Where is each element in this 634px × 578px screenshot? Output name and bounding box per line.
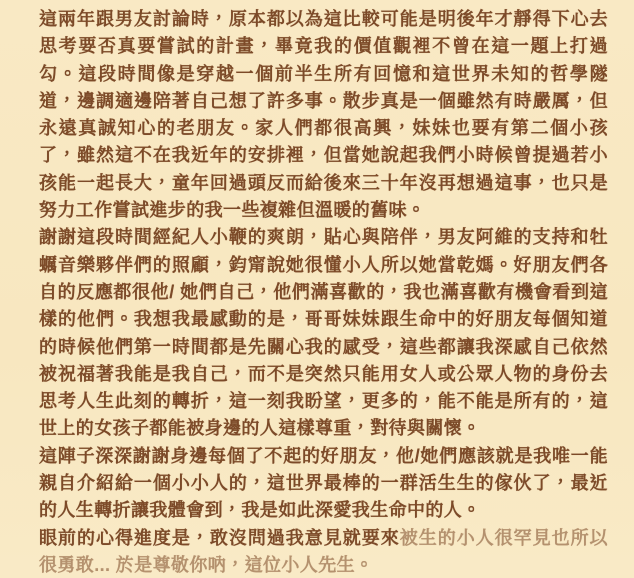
paragraph-4-text: 眼前的心得進度是，敢沒問過我意見就要來 — [39, 528, 400, 548]
paragraph-3-text: 這陣子深深謝謝身邊每個了不起的好朋友，他/她們應該就是我唯一能親自介紹給一個小小… — [39, 446, 608, 521]
paragraph-2: 謝謝這段時間經紀人小鞭的爽朗，貼心與陪伴，男友阿維的支持和牡蠣音樂夥伴們的照顧，… — [39, 224, 608, 442]
paragraph-2-text: 謝謝這段時間經紀人小鞭的爽朗，貼心與陪伴，男友阿維的支持和牡蠣音樂夥伴們的照顧，… — [39, 227, 608, 438]
paragraph-1: 這兩年跟男友討論時，原本都以為這比較可能是明後年才靜得下心去思考要否真要嘗試的計… — [39, 6, 608, 224]
paragraph-1-text: 這兩年跟男友討論時，原本都以為這比較可能是明後年才靜得下心去思考要否真要嘗試的計… — [39, 9, 608, 220]
paragraph-4: 眼前的心得進度是，敢沒問過我意見就要來被生的小人很罕見也所以很勇敢... 於是尊… — [39, 525, 608, 578]
post-body: 這兩年跟男友討論時，原本都以為這比較可能是明後年才靜得下心去思考要否真要嘗試的計… — [0, 0, 634, 578]
paragraph-3: 這陣子深深謝謝身邊每個了不起的好朋友，他/她們應該就是我唯一能親自介紹給一個小小… — [39, 443, 608, 525]
